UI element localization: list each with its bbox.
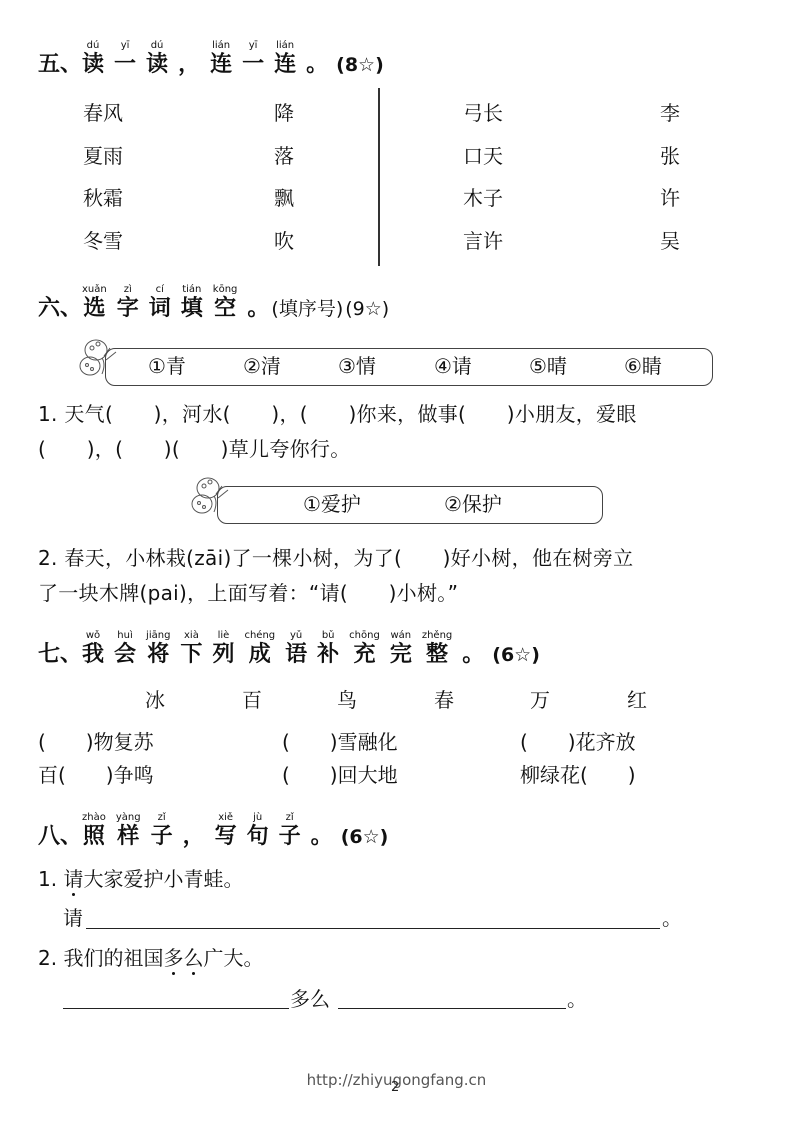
pinyin: chōng xyxy=(349,630,380,642)
answer-line-8-2b[interactable] xyxy=(338,1008,566,1009)
title-char: chōng充 xyxy=(349,630,380,668)
title-char: xiě写 xyxy=(215,812,237,850)
match-item[interactable]: 降 xyxy=(274,101,294,125)
pinyin: yǔ xyxy=(290,630,302,642)
pinyin: cí xyxy=(156,284,164,296)
question-8-1: 1. 请大家爱护小青蛙。 xyxy=(38,867,243,891)
section5-number: 五、 xyxy=(38,52,82,78)
title-char: xià下 xyxy=(180,630,202,668)
pinyin: yàng xyxy=(116,812,141,824)
hanzi: 子 xyxy=(279,824,301,850)
title-char: wǒ我 xyxy=(82,630,104,668)
title-char: yàng样 xyxy=(116,812,141,850)
pinyin: huì xyxy=(117,630,132,642)
pinyin: lián xyxy=(212,40,230,52)
hanzi: 一 xyxy=(114,52,136,78)
question-6-1-line2: ( )，( )( )草儿夸你行。 xyxy=(38,437,351,461)
word-option: ①爱护 xyxy=(303,492,361,516)
match-item[interactable]: 秋霜 xyxy=(83,186,123,210)
hanzi: 整 xyxy=(426,642,448,668)
pinyin: bǔ xyxy=(322,630,335,642)
hanzi: 填 xyxy=(181,296,203,322)
idiom-blank: ( )物复苏 xyxy=(38,730,154,754)
section8-score: (6☆) xyxy=(341,824,389,850)
match-item[interactable]: 落 xyxy=(274,144,294,168)
match-item[interactable]: 许 xyxy=(660,186,680,210)
pinyin: lián xyxy=(276,40,294,52)
question-6-1-line1: 1. 天气( )，河水( )，( )你来，做事( )小朋友，爱眼 xyxy=(38,402,637,426)
bank-char: 红 xyxy=(627,688,647,712)
word-option: ②清 xyxy=(243,354,281,378)
bank-char: 万 xyxy=(530,688,550,712)
word-option: ⑤晴 xyxy=(529,354,567,378)
pinyin: zǐ xyxy=(158,812,166,824)
match-item[interactable]: 飘 xyxy=(274,186,294,210)
question-6-2-line2: 了一块木牌(pai)，上面写着：“请( )小树。” xyxy=(38,581,458,605)
title-char: zǐ子 xyxy=(279,812,301,850)
hanzi: 完 xyxy=(390,642,412,668)
title-char: jù句 xyxy=(247,812,269,850)
pinyin: zì xyxy=(124,284,132,296)
pinyin: jù xyxy=(253,812,262,824)
pinyin: kōng xyxy=(213,284,238,296)
word-bank-box-1: ①青 ②清 ③情 ④请 ⑤晴 ⑥睛 xyxy=(105,348,713,386)
section7-score: (6☆) xyxy=(492,642,540,668)
title-char: zì字 xyxy=(117,284,139,322)
section6-number: 六、 xyxy=(38,296,82,322)
column-divider xyxy=(378,88,380,266)
section8-title: 八、 zhào照yàng样zǐ子，xiě写jù句zǐ子 。 (6☆) xyxy=(38,812,388,850)
title-char: lián连 xyxy=(274,40,296,78)
pinyin: yī xyxy=(249,40,258,52)
hanzi: 我 xyxy=(82,642,104,668)
answer-line-8-1[interactable] xyxy=(86,928,660,929)
hanzi: 列 xyxy=(212,642,234,668)
match-item[interactable]: 冬雪 xyxy=(83,229,123,253)
emphasis-char: 么 xyxy=(183,946,203,970)
idiom-blank: ( )雪融化 xyxy=(282,730,398,754)
hanzi: 连 xyxy=(210,52,232,78)
pinyin: wán xyxy=(390,630,411,642)
hanzi: 下 xyxy=(180,642,202,668)
pinyin: wǒ xyxy=(86,630,100,642)
match-item[interactable]: 夏雨 xyxy=(83,144,123,168)
match-item[interactable]: 言许 xyxy=(463,229,503,253)
title-char: liè列 xyxy=(212,630,234,668)
hanzi: 成 xyxy=(249,642,271,668)
title-char: lián连 xyxy=(210,40,232,78)
hanzi: 会 xyxy=(114,642,136,668)
title-char: chéng成 xyxy=(244,630,275,668)
hanzi: 写 xyxy=(215,824,237,850)
match-item[interactable]: 木子 xyxy=(463,186,503,210)
idiom-blank: ( )回大地 xyxy=(282,763,398,787)
pinyin: dú xyxy=(87,40,100,52)
title-char: xuǎn选 xyxy=(82,284,107,322)
hanzi: 读 xyxy=(146,52,168,78)
bank-char: 冰 xyxy=(145,688,165,712)
title-char: kōng空 xyxy=(213,284,238,322)
hanzi: 词 xyxy=(149,296,171,322)
word-option: ⑥睛 xyxy=(624,354,662,378)
answer-8-1-prefix: 请 xyxy=(63,906,83,930)
section6-title: 六、 xuǎn选zì字cí词tián填kōng空 。 (填序号) (9☆) xyxy=(38,284,389,322)
pinyin: xià xyxy=(184,630,199,642)
pinyin: xuǎn xyxy=(82,284,107,296)
question-6-2-line1: 2. 春天，小林栽(zāi)了一棵小树，为了( )好小树，他在树旁立 xyxy=(38,546,633,570)
page-number: 2 xyxy=(391,1080,399,1095)
answer-8-2-end: 。 xyxy=(567,987,587,1011)
emphasis-char: 多 xyxy=(163,946,183,970)
hanzi: 将 xyxy=(147,642,169,668)
section7-number: 七、 xyxy=(38,642,82,668)
title-char: ， xyxy=(183,812,205,850)
hanzi: 子 xyxy=(151,824,173,850)
match-item[interactable]: 吹 xyxy=(274,229,294,253)
pinyin: liè xyxy=(218,630,230,642)
section5-title: 五、 dú读yī一dú读，lián连yī一lián连 。 (8☆) xyxy=(38,40,384,78)
emphasis-char: 请 xyxy=(63,867,83,891)
hanzi: 选 xyxy=(83,296,105,322)
pinyin: yī xyxy=(121,40,130,52)
section8-number: 八、 xyxy=(38,824,82,850)
section6-score: (9☆) xyxy=(345,296,389,322)
question-8-2: 2. 我们的祖国多么广大。 xyxy=(38,946,263,970)
match-item[interactable]: 李 xyxy=(660,101,680,125)
match-item[interactable]: 口天 xyxy=(463,144,503,168)
title-char: cí词 xyxy=(149,284,171,322)
title-char: yǔ语 xyxy=(285,630,307,668)
title-char: ， xyxy=(178,40,200,78)
word-option: ①青 xyxy=(148,354,186,378)
idiom-blank: ( )花齐放 xyxy=(520,730,636,754)
match-item[interactable]: 吴 xyxy=(660,229,680,253)
match-item[interactable]: 张 xyxy=(660,144,680,168)
word-option: ③情 xyxy=(338,354,376,378)
hanzi: 样 xyxy=(117,824,139,850)
hanzi: 补 xyxy=(317,642,339,668)
title-char: dú读 xyxy=(82,40,104,78)
title-char: yī一 xyxy=(114,40,136,78)
answer-8-1-end: 。 xyxy=(662,906,682,930)
hanzi: 连 xyxy=(274,52,296,78)
hanzi: ， xyxy=(183,824,205,850)
word-bank-box-2: ①爱护 ②保护 xyxy=(217,486,603,524)
pinyin: xiě xyxy=(218,812,233,824)
hanzi: 一 xyxy=(242,52,264,78)
title-char: tián填 xyxy=(181,284,203,322)
bank-char: 春 xyxy=(434,688,454,712)
hanzi: 充 xyxy=(353,642,375,668)
title-char: bǔ补 xyxy=(317,630,339,668)
hanzi: 读 xyxy=(82,52,104,78)
pinyin: zǐ xyxy=(286,812,294,824)
pinyin: jiāng xyxy=(146,630,170,642)
pinyin: dú xyxy=(151,40,164,52)
hanzi: 空 xyxy=(214,296,236,322)
word-option: ②保护 xyxy=(444,492,502,516)
hanzi: 语 xyxy=(285,642,307,668)
answer-line-8-2a[interactable] xyxy=(63,1008,289,1009)
title-char: jiāng将 xyxy=(146,630,170,668)
pinyin: tián xyxy=(182,284,201,296)
bank-char: 百 xyxy=(242,688,262,712)
match-item[interactable]: 弓长 xyxy=(463,101,503,125)
pinyin: zhào xyxy=(82,812,106,824)
word-option: ④请 xyxy=(434,354,472,378)
title-char: zhěng整 xyxy=(422,630,452,668)
match-item[interactable]: 春风 xyxy=(83,101,123,125)
title-char: yī一 xyxy=(242,40,264,78)
pinyin: zhěng xyxy=(422,630,452,642)
idiom-blank: 百( )争鸣 xyxy=(38,763,154,787)
section6-note: (填序号) xyxy=(271,296,343,322)
section5-score: (8☆) xyxy=(336,52,384,78)
idiom-blank: 柳绿花( ) xyxy=(520,763,636,787)
hanzi: 照 xyxy=(83,824,105,850)
hanzi: ， xyxy=(178,52,200,78)
title-char: wán完 xyxy=(390,630,412,668)
title-char: zhào照 xyxy=(82,812,106,850)
section7-title: 七、 wǒ我huì会jiāng将xià下liè列chéng成yǔ语bǔ补chōn… xyxy=(38,630,540,668)
answer-8-2-mid: 多么 xyxy=(290,987,330,1011)
hanzi: 字 xyxy=(117,296,139,322)
bank-char: 鸟 xyxy=(337,688,357,712)
pinyin: chéng xyxy=(244,630,275,642)
title-char: dú读 xyxy=(146,40,168,78)
title-char: zǐ子 xyxy=(151,812,173,850)
title-char: huì会 xyxy=(114,630,136,668)
hanzi: 句 xyxy=(247,824,269,850)
